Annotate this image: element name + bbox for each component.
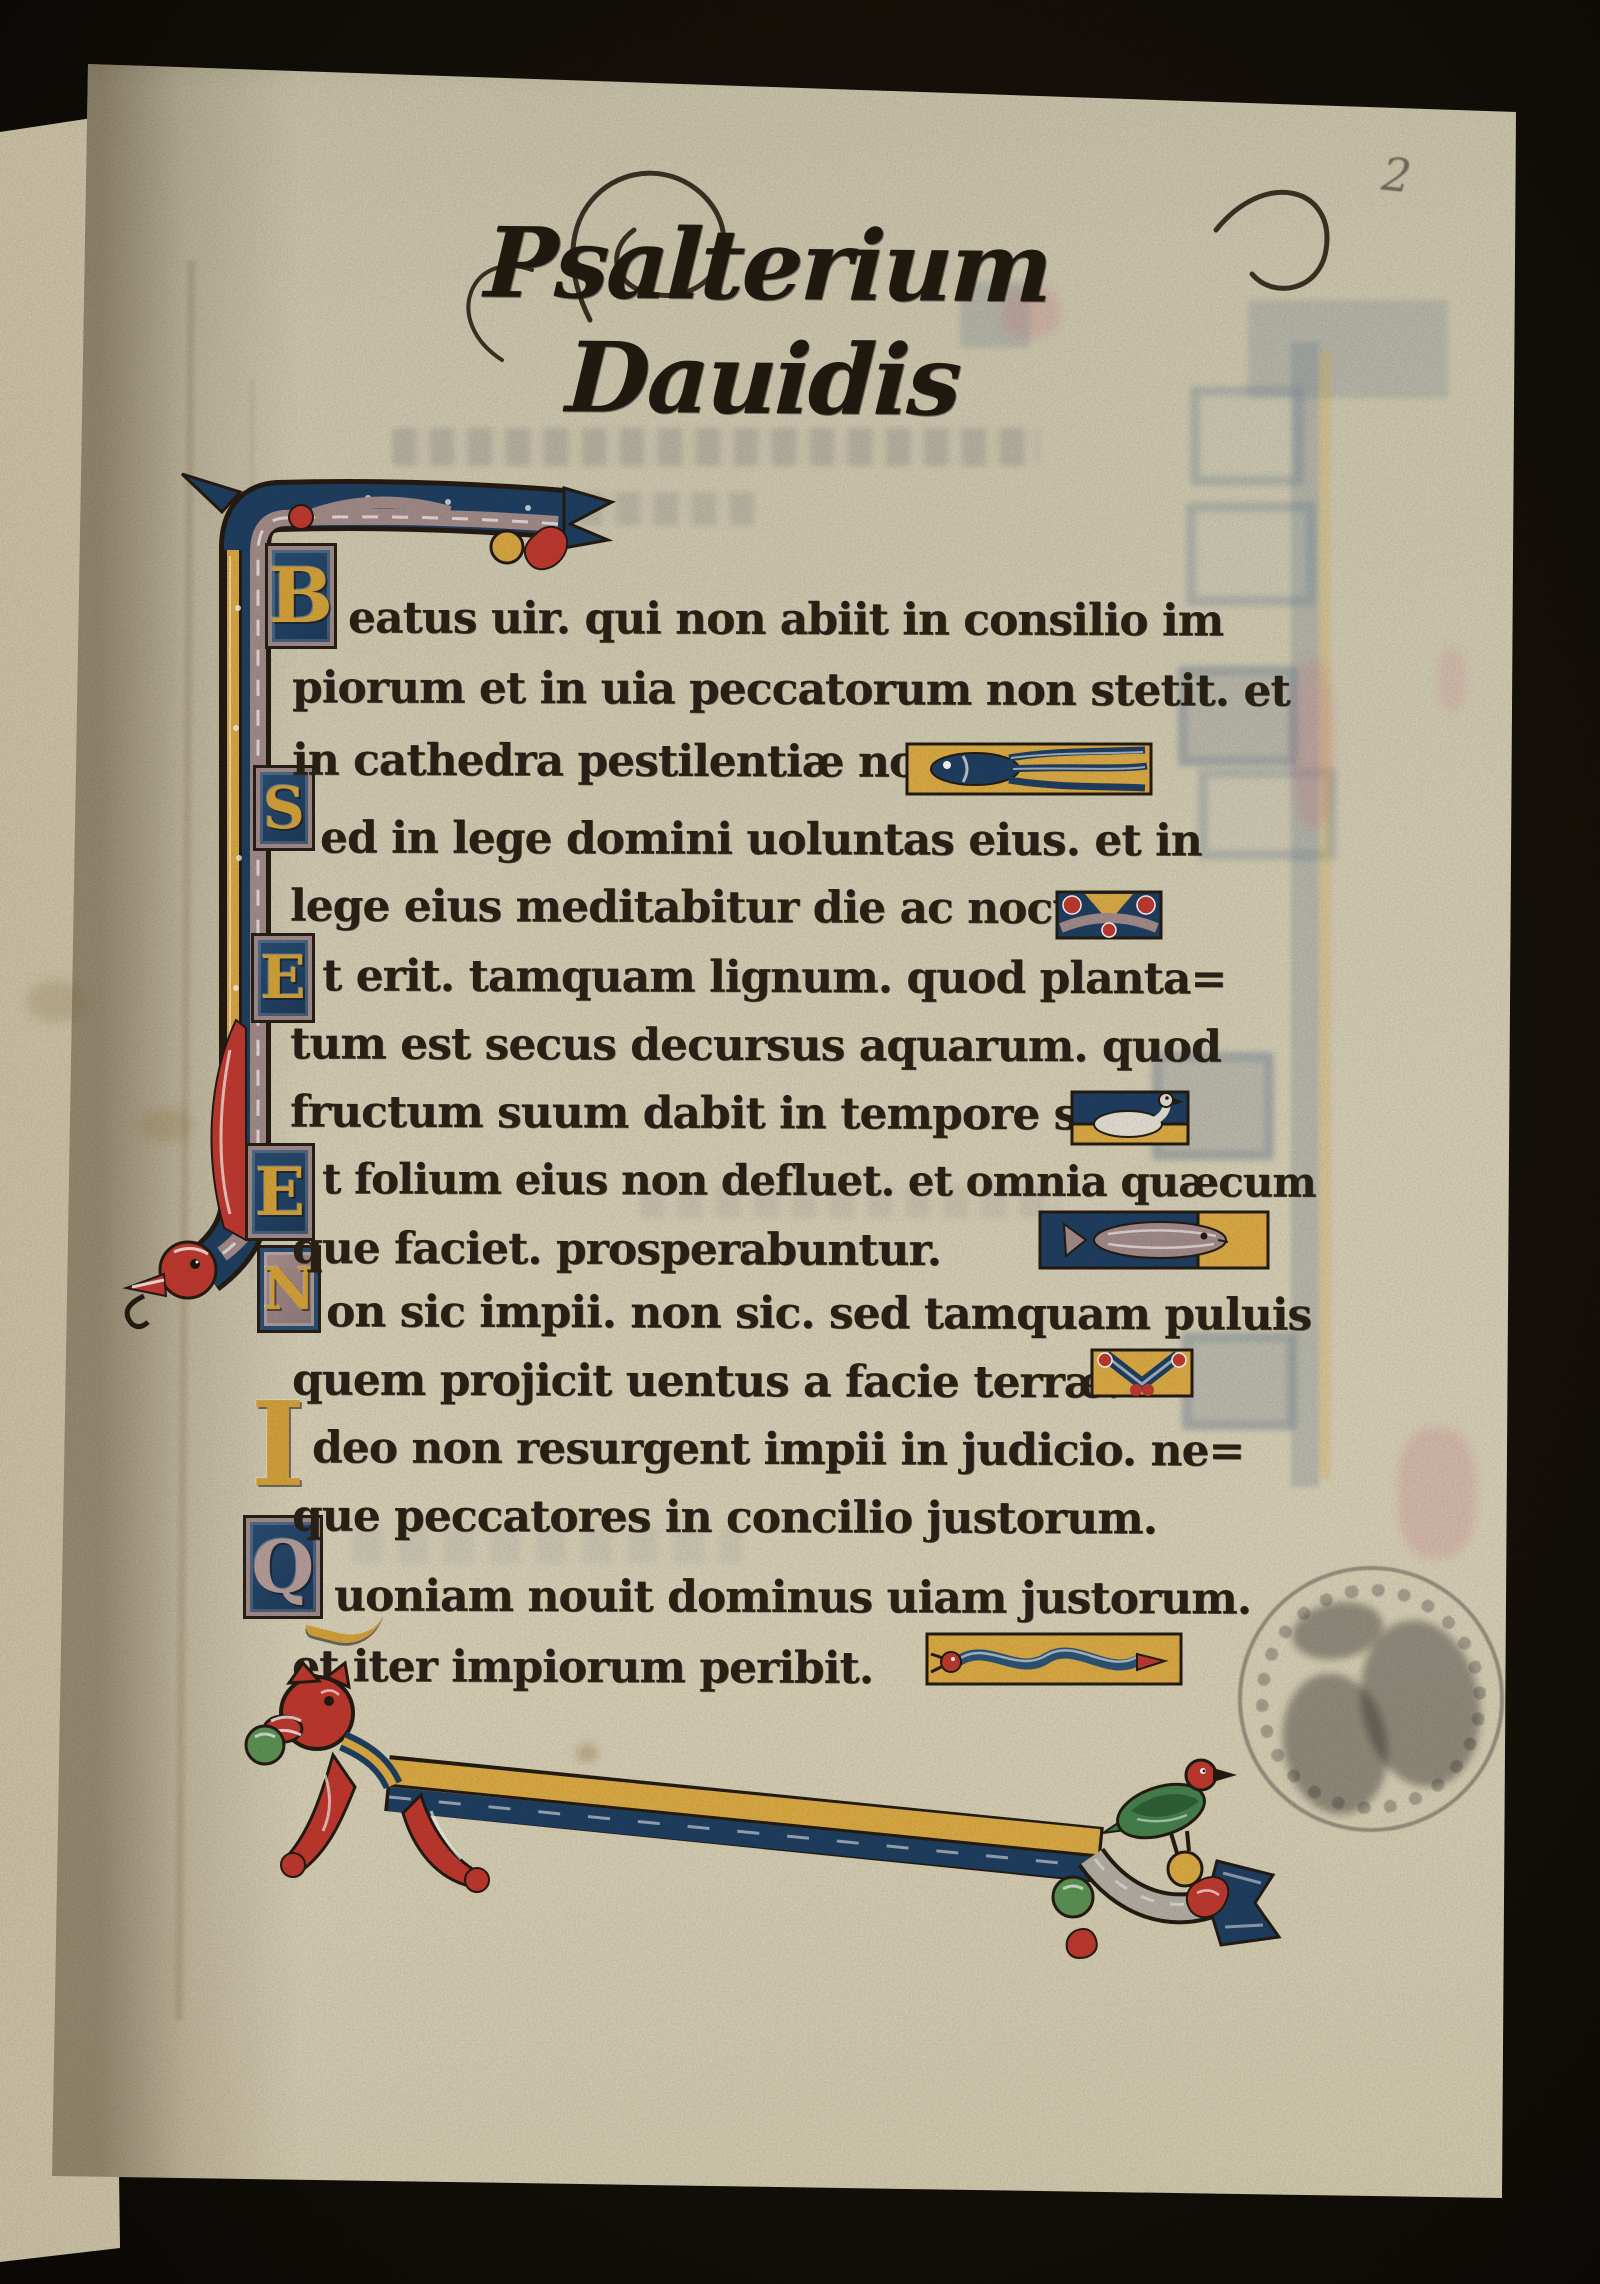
line-filler-white-duck xyxy=(1070,1090,1190,1146)
show-through-mark xyxy=(1398,1428,1476,1558)
psalm-line: t folium eius non defluet. et omnia quæc… xyxy=(322,1158,1316,1203)
folio-number: 2 xyxy=(1379,147,1414,204)
psalm-line: que faciet. prosperabuntur. xyxy=(292,1227,941,1273)
stain xyxy=(26,980,86,1022)
psalm-line: quem projicit uentus a facie terræ. xyxy=(292,1359,1120,1406)
show-through-mark xyxy=(1293,660,1333,830)
psalm-line: deo non resurgent impii in judicio. ne= xyxy=(312,1426,1245,1473)
psalm-line: uoniam nouit dominus uiam justorum. xyxy=(334,1574,1251,1621)
show-through-mark xyxy=(1438,648,1466,712)
psalm-line: eatus uir. qui non abiit in consilio im xyxy=(348,596,1223,643)
psalm-line: t erit. tamquam lignum. quod planta= xyxy=(322,954,1226,1001)
bas-de-page-bar xyxy=(225,1635,1315,1980)
page-title: Psalterium Dauidis xyxy=(280,204,1250,440)
line-filler-blue-fish xyxy=(905,742,1153,796)
line-filler-foliate-knot xyxy=(1055,890,1163,940)
psalm-line: piorum et in uia peccatorum non stetit. … xyxy=(292,666,1290,713)
show-through-initial xyxy=(1182,1332,1296,1430)
show-through-border-bar xyxy=(1319,352,1331,1480)
psalm-line: ed in lege domini uoluntas eius. et in xyxy=(320,816,1202,863)
line-filler-mauve-fish xyxy=(1038,1210,1270,1270)
psalm-line: tum est secus decursus aquarum. quod xyxy=(290,1022,1221,1069)
psalm-line: on sic impii. non sic. sed tamquam pului… xyxy=(326,1290,1311,1337)
psalm-line: lege eius meditabitur die ac nocte. xyxy=(290,885,1113,932)
manuscript-photo: 2 Psalterium Dauidis xyxy=(0,0,1600,2284)
illuminated-initial-B: B xyxy=(268,546,334,646)
line-filler-chevron-leaf xyxy=(1090,1348,1194,1398)
illuminated-initial-E: E xyxy=(254,936,312,1020)
psalm-line: que peccatores in concilio justorum. xyxy=(292,1494,1157,1541)
psalm-line: fructum suum dabit in tempore suo. xyxy=(290,1090,1150,1137)
